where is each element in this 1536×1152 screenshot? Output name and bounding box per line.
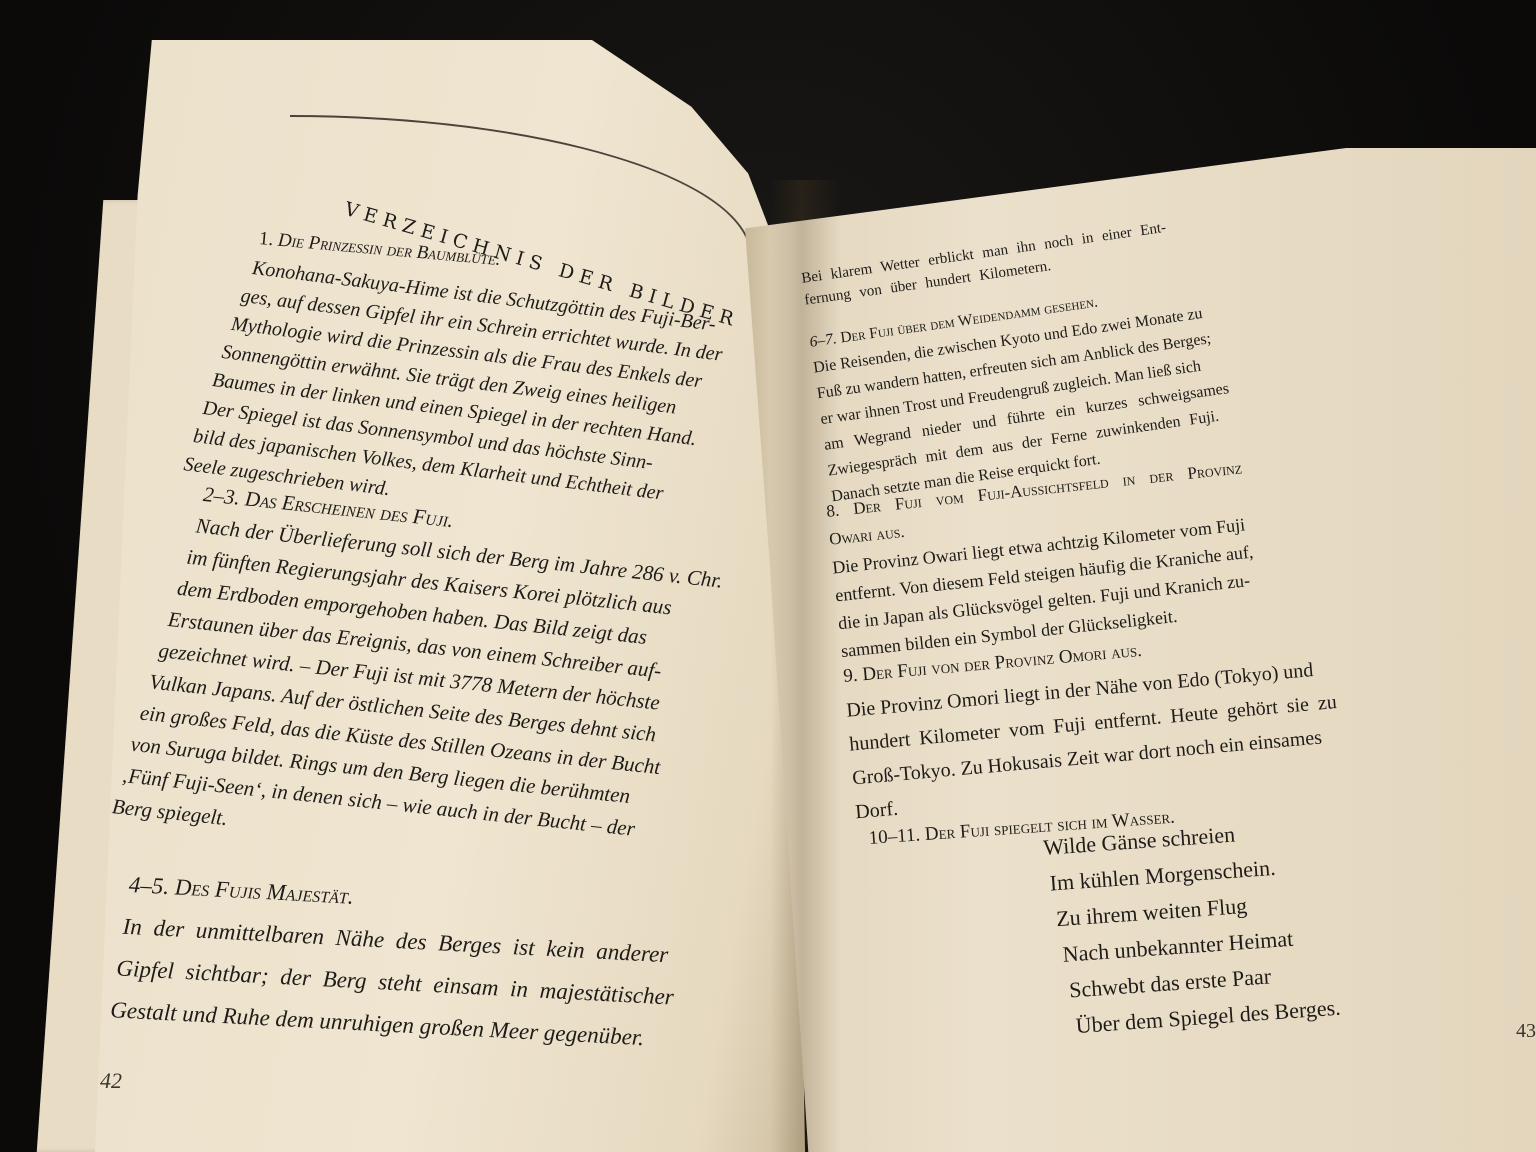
entry-number: 4–5. [128, 872, 170, 899]
entry-number: 10–11. [868, 824, 921, 849]
entry-number: 9. [843, 665, 859, 687]
entry-2-3: 2–3. Das Erscheinen des Fuji. Nach der Ü… [168, 478, 727, 883]
entry-number: 1. [258, 228, 274, 250]
poem: Wilde Gänse schreien Im kühlen Morgensch… [1042, 810, 1342, 1045]
book-gutter [770, 180, 840, 1152]
entry-number: 2–3. [202, 482, 241, 510]
page-number-right: 43 [1516, 1020, 1536, 1043]
entry-title: Des Fujis Majestät. [174, 874, 354, 908]
entry-number: 6–7. [809, 330, 838, 351]
page-number-left: 42 [100, 1068, 122, 1094]
entry-4-5: 4–5. Des Fujis Majestät. In der unmittel… [121, 864, 679, 1061]
entry-number: 8. [825, 501, 840, 521]
